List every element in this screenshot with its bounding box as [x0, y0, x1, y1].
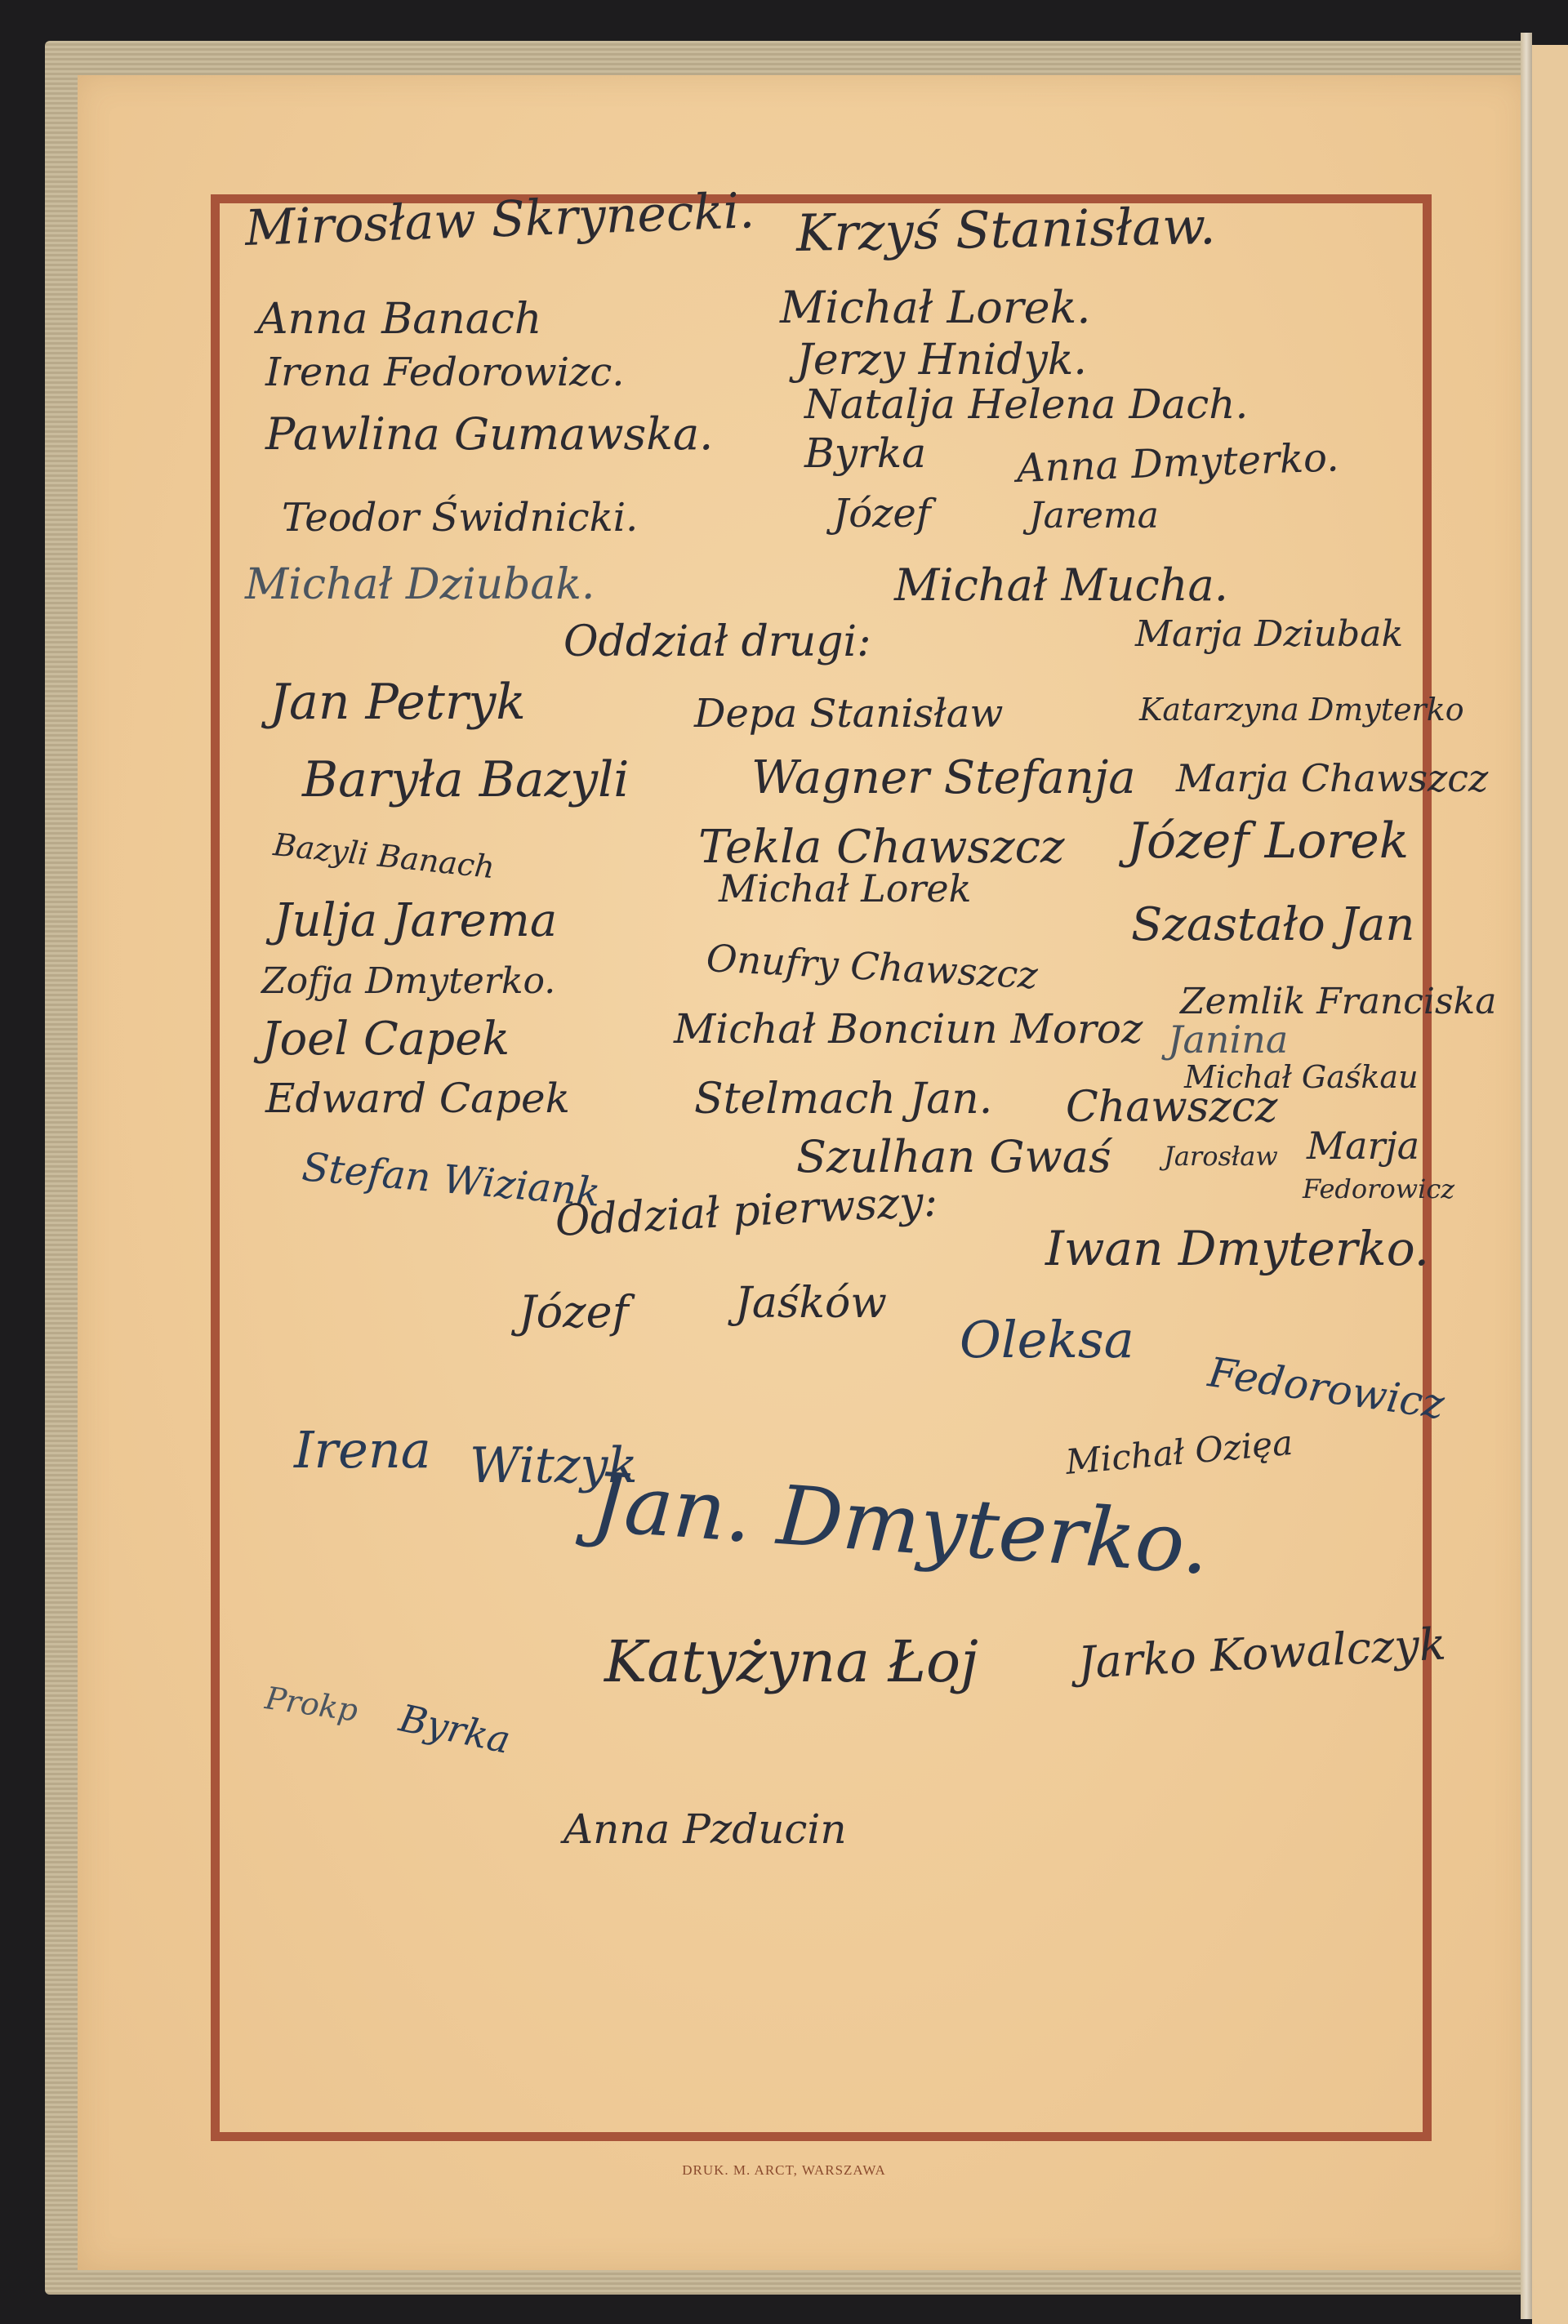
- signature: Szulhan Gwaś: [796, 1135, 1111, 1179]
- signature: Fedorowicz: [1303, 1176, 1454, 1202]
- signature: Julja Jarema: [274, 898, 557, 944]
- signature: Szastało Jan: [1131, 902, 1414, 948]
- signature: Józef Lorek: [1127, 817, 1409, 866]
- signature: Marja Dziubak: [1135, 617, 1403, 652]
- signature: Janina: [1168, 1021, 1288, 1058]
- signature: Edward Capek: [265, 1078, 570, 1119]
- signature: Irena Fedorowizc.: [265, 353, 625, 392]
- signature: Wagner Stefanja: [751, 755, 1136, 801]
- signature: Michał Lorek: [719, 870, 972, 907]
- signature: Krzyś Stanisław.: [795, 201, 1216, 259]
- signature: Anna Dmyterko.: [1016, 438, 1339, 488]
- signature: Teodor Świdnicki.: [282, 498, 638, 537]
- book-gutter: [1521, 33, 1532, 2319]
- signature: Tekla Chawszcz: [698, 825, 1065, 870]
- signature: Joel Capek: [261, 1017, 510, 1062]
- signature: Józef: [519, 1290, 629, 1334]
- signature: Anna Banach: [257, 298, 541, 341]
- signature: Michał Dziubak.: [245, 563, 595, 606]
- signature: Katyżyna Łoj: [604, 1633, 978, 1690]
- signature: Katarzyna Dmyterko: [1139, 694, 1464, 725]
- signature: Marja Chawszcz: [1176, 759, 1488, 797]
- signature: Depa Stanisław: [694, 694, 1003, 733]
- signature: Anna Pzducin: [563, 1809, 847, 1850]
- section-heading: Oddział drugi:: [563, 621, 871, 663]
- signature: Józef: [833, 494, 931, 533]
- signature: Zofja Dmyterko.: [261, 964, 555, 999]
- signature: Pawlina Gumawska.: [265, 412, 713, 456]
- signature: Baryła Bazyli: [302, 755, 630, 804]
- signature: Byrka: [804, 433, 926, 474]
- signature: Natalja Helena Dach.: [804, 384, 1248, 425]
- signature: Irena: [294, 1425, 431, 1476]
- signature: Michał Bonciun Moroz: [674, 1008, 1143, 1049]
- signature: Jarema: [1029, 498, 1159, 534]
- printer-imprint: DRUK. M. ARCT, WARSZAWA: [0, 2162, 1568, 2179]
- signature: Jaśków: [735, 1282, 887, 1325]
- signature: Stelmach Jan.: [694, 1078, 992, 1120]
- signature: Michał Lorek.: [780, 286, 1090, 330]
- signature: Jerzy Hnidyk.: [796, 339, 1087, 381]
- signature: Oleksa: [960, 1315, 1134, 1365]
- signature: Jan Petryk: [269, 678, 526, 727]
- signature: Iwan Dmyterko.: [1045, 1225, 1429, 1272]
- signature: Michał Mucha.: [894, 563, 1228, 608]
- facing-page-edge: [1532, 45, 1568, 2324]
- signature: Marja: [1307, 1127, 1419, 1164]
- signature: Zemlik Franciska: [1180, 984, 1496, 1020]
- signature: Jarosław: [1164, 1143, 1278, 1169]
- signature: Chawszcz: [1066, 1086, 1277, 1129]
